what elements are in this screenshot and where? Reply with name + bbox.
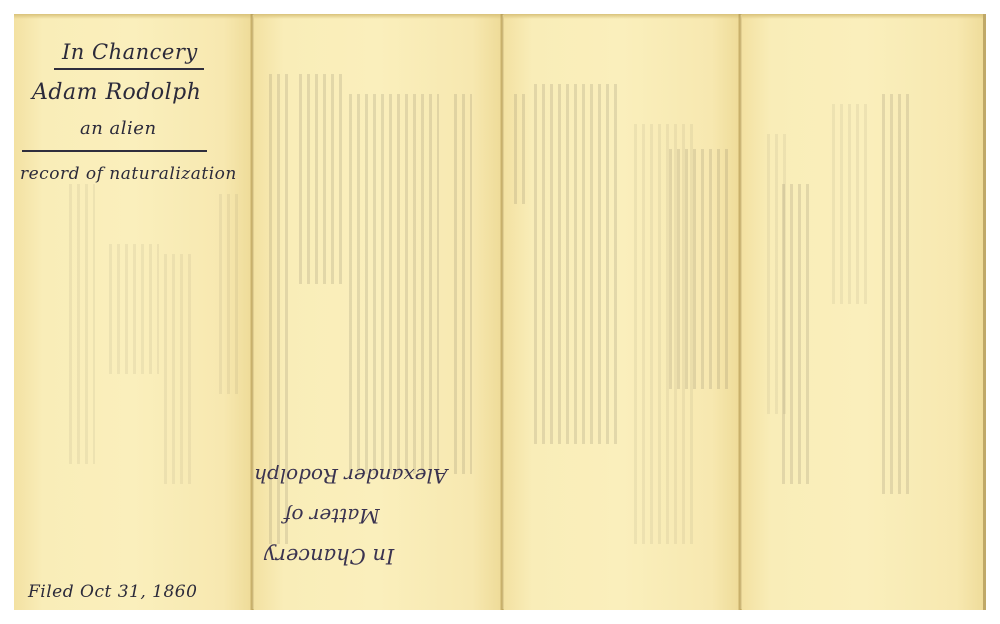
bleed-through-text (514, 94, 528, 204)
bleed-through-text (109, 244, 159, 374)
docket-divider (22, 150, 207, 152)
panel-1: In Chancery Adam Rodolph an alien record… (14, 14, 252, 610)
bleed-through-text (299, 74, 344, 284)
endorsement-line-2: Matter of (284, 504, 380, 528)
docket-filed: Filed Oct 31, 1860 (28, 582, 197, 602)
bleed-through-text (219, 194, 241, 394)
document-sheet: In Chancery Adam Rodolph an alien record… (14, 14, 986, 610)
bleed-through-text (669, 149, 729, 389)
docket-divider (54, 68, 204, 70)
bleed-through-text (882, 94, 912, 494)
bleed-through-text (534, 84, 619, 444)
bleed-through-text (454, 94, 472, 474)
endorsement-line-3: Alexander Rodolph (254, 464, 447, 488)
bleed-through-text (69, 184, 95, 464)
bleed-through-text (349, 94, 439, 474)
panel-2: Alexander Rodolph Matter of In Chancery (254, 14, 502, 610)
docket-court: In Chancery (62, 40, 198, 64)
bleed-through-text (832, 104, 872, 304)
docket-party: Adam Rodolph (32, 80, 201, 105)
docket-status: an alien (80, 118, 157, 139)
endorsement-line-1: In Chancery (264, 544, 394, 568)
panel-4 (742, 14, 986, 610)
bleed-through-text (164, 254, 194, 484)
bleed-through-text (782, 184, 812, 484)
panel-3 (504, 14, 740, 610)
docket-subject: record of naturalization (20, 164, 237, 184)
